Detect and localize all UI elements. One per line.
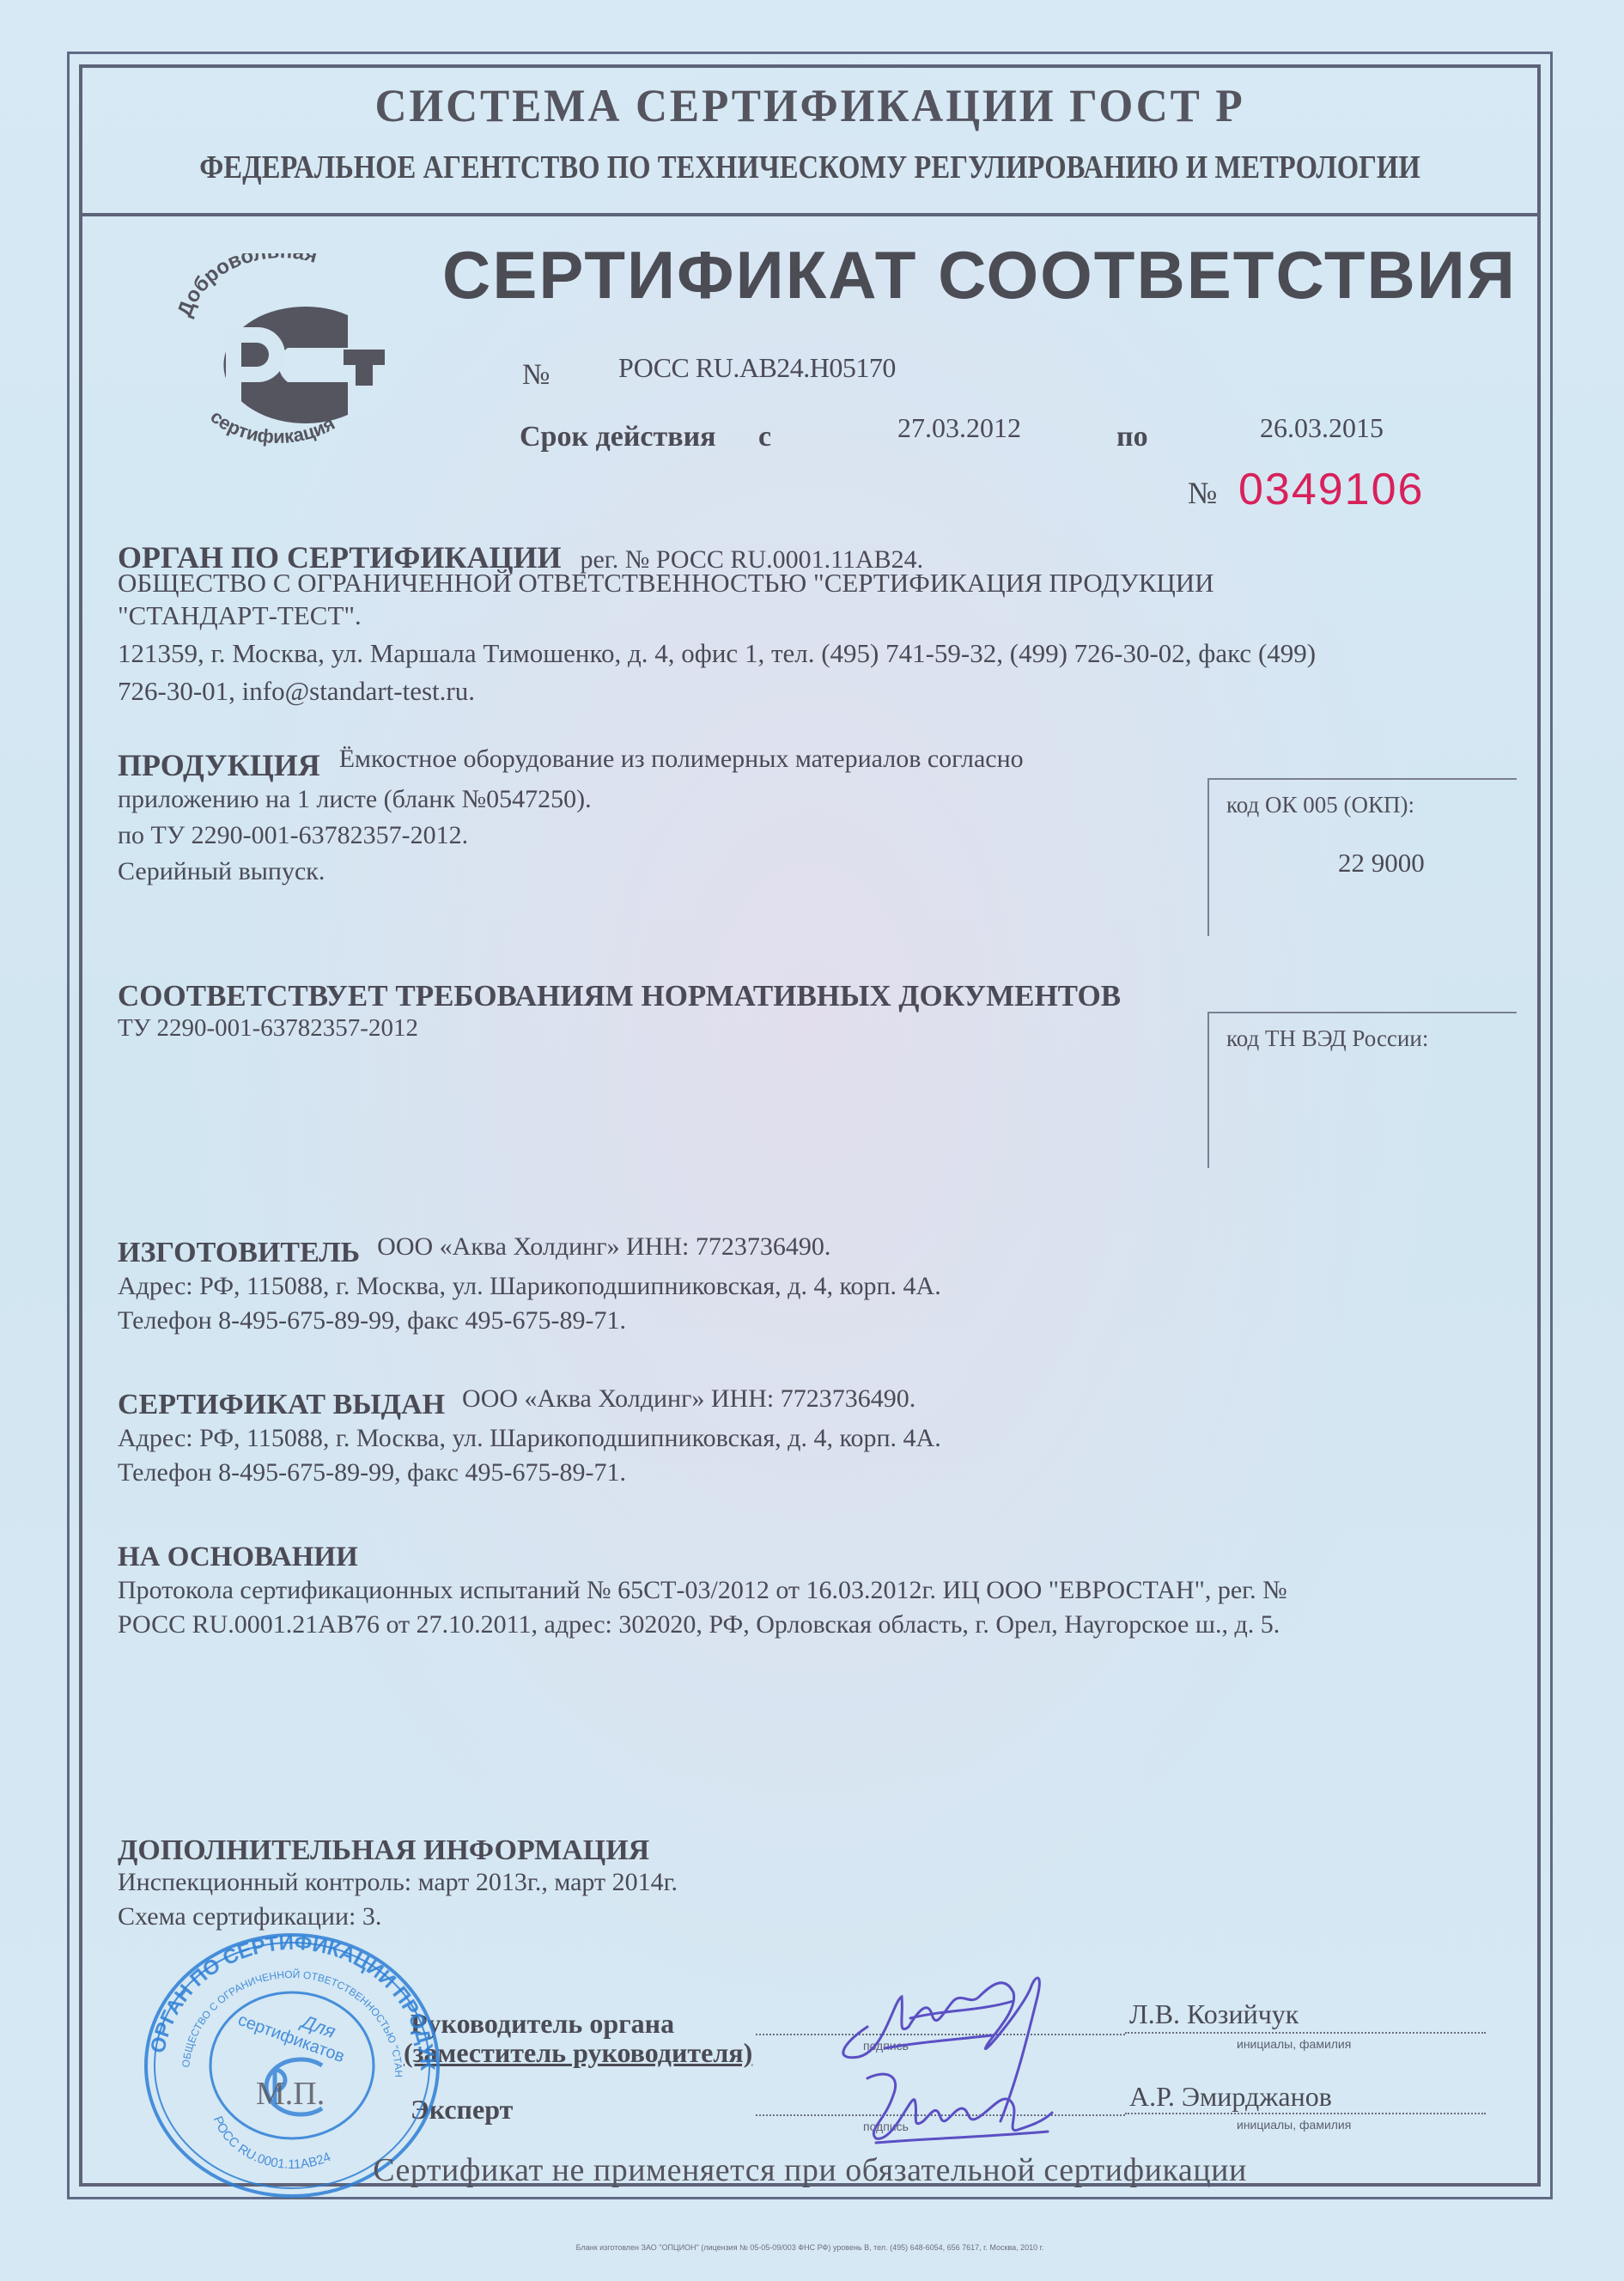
okp-value: 22 9000 — [1338, 847, 1425, 879]
manufacturer-name: ООО «Аква Холдинг» ИНН: 7723736490. — [377, 1232, 830, 1261]
basis-title: НА ОСНОВАНИИ — [118, 1542, 358, 1573]
head-sublabel: (заместитель руководителя) — [404, 2037, 752, 2069]
product-section: ПРОДУКЦИЯ Ёмкостное оборудование из поли… — [118, 747, 1024, 784]
expert-name: А.Р. Эмирджанов — [1129, 2080, 1332, 2113]
issued-to-name: ООО «Аква Холдинг» ИНН: 7723736490. — [462, 1384, 915, 1413]
okp-code-box: код ОК 005 (ОКП): 22 9000 — [1207, 778, 1517, 936]
agency-title: ФЕДЕРАЛЬНОЕ АГЕНТСТВО ПО ТЕХНИЧЕСКОМУ РЕ… — [185, 149, 1436, 186]
cb-line: ОБЩЕСТВО С ОГРАНИЧЕННОЙ ОТВЕТСТВЕННОСТЬЮ… — [118, 567, 1316, 599]
product-first-line: Ёмкостное оборудование из полимерных мат… — [339, 745, 1024, 773]
certification-body-details: ОБЩЕСТВО С ОГРАНИЧЕННОЙ ОТВЕТСТВЕННОСТЬЮ… — [118, 567, 1316, 708]
head-name: Л.В. Козийчук — [1129, 1998, 1299, 2030]
expert-name-line — [1125, 2113, 1486, 2114]
head-name-line — [1125, 2032, 1486, 2034]
from-label: с — [758, 421, 771, 453]
additional-title: ДОПОЛНИТЕЛЬНАЯ ИНФОРМАЦИЯ — [118, 1834, 649, 1867]
number-label: № — [522, 359, 550, 392]
signature-expert-icon — [842, 2061, 1065, 2164]
product-title: ПРОДУКЦИЯ — [118, 748, 320, 782]
to-label: по — [1116, 421, 1148, 453]
cb-line: 121359, г. Москва, ул. Маршала Тимошенко… — [118, 637, 1316, 670]
product-line: приложению на 1 листе (бланк №0547250). — [118, 782, 592, 818]
footer-note: Сертификат не применяется при обязательн… — [82, 2151, 1537, 2189]
product-line: по ТУ 2290-001-63782357-2012. — [118, 818, 592, 854]
issued-to-section: СЕРТИФИКАТ ВЫДАН ООО «Аква Холдинг» ИНН:… — [118, 1389, 915, 1422]
issued-to-line: Телефон 8-495-675-89-99, факс 495-675-89… — [118, 1456, 941, 1490]
basis-details: Протокола сертификационных испытаний № 6… — [118, 1573, 1287, 1642]
manufacturer-details: Адрес: РФ, 115088, г. Москва, ул. Шарико… — [118, 1269, 941, 1338]
manufacturer-title: ИЗГОТОВИТЕЛЬ — [118, 1237, 360, 1268]
manufacturer-section: ИЗГОТОВИТЕЛЬ ООО «Аква Холдинг» ИНН: 772… — [118, 1237, 830, 1270]
tnved-code-box: код ТН ВЭД России: — [1207, 1012, 1517, 1168]
rst-logo-icon: Добровольная сертификация — [167, 253, 391, 459]
manufacturer-line: Телефон 8-495-675-89-99, факс 495-675-89… — [118, 1304, 941, 1338]
cb-line: "СТАНДАРТ-ТЕСТ". — [118, 599, 1316, 632]
conformity-title: СООТВЕТСТВУЕТ ТРЕБОВАНИЯМ НОРМАТИВНЫХ ДО… — [118, 979, 1121, 1013]
rst-logo: Добровольная сертификация — [167, 253, 391, 459]
manufacturer-line: Адрес: РФ, 115088, г. Москва, ул. Шарико… — [118, 1269, 941, 1304]
cb-line: 726-30-01, info@standart-test.ru. — [118, 675, 1316, 708]
issued-to-line: Адрес: РФ, 115088, г. Москва, ул. Шарико… — [118, 1421, 941, 1456]
head-name-caption: инициалы, фамилия — [1237, 2037, 1351, 2051]
additional-line: Инспекционный контроль: март 2013г., мар… — [118, 1865, 678, 1900]
expert-name-caption: инициалы, фамилия — [1237, 2118, 1351, 2132]
blank-number-label: № — [1188, 475, 1217, 511]
valid-to-date: 26.03.2015 — [1260, 412, 1384, 444]
certificate-title: СЕРТИФИКАТ СООТВЕТСТВИЯ — [442, 236, 1517, 314]
basis-line: РОСС RU.0001.21АВ76 от 27.10.2011, адрес… — [118, 1608, 1287, 1642]
valid-from-date: 27.03.2012 — [897, 412, 1021, 444]
conformity-document: ТУ 2290-001-63782357-2012 — [118, 1012, 418, 1044]
basis-line: Протокола сертификационных испытаний № 6… — [118, 1573, 1287, 1608]
certificate-number: РОСС RU.АВ24.Н05170 — [618, 352, 896, 384]
blank-number: 0349106 — [1238, 464, 1424, 515]
product-line: Серийный выпуск. — [118, 854, 592, 890]
system-title: СИСТЕМА СЕРТИФИКАЦИИ ГОСТ Р — [119, 79, 1500, 132]
header-divider — [79, 213, 1541, 216]
okp-label: код ОК 005 (ОКП): — [1226, 792, 1414, 818]
tnved-label: код ТН ВЭД России: — [1226, 1025, 1428, 1052]
product-details: приложению на 1 листе (бланк №0547250). … — [118, 782, 592, 890]
issued-to-title: СЕРТИФИКАТ ВЫДАН — [118, 1389, 445, 1420]
validity-label: Срок действия — [520, 421, 716, 453]
issued-to-details: Адрес: РФ, 115088, г. Москва, ул. Шарико… — [118, 1421, 941, 1490]
mp-label: М.П. — [256, 2076, 325, 2112]
printer-note: Бланк изготовлен ЗАО "ОПЦИОН" (лицензия … — [82, 2243, 1537, 2252]
